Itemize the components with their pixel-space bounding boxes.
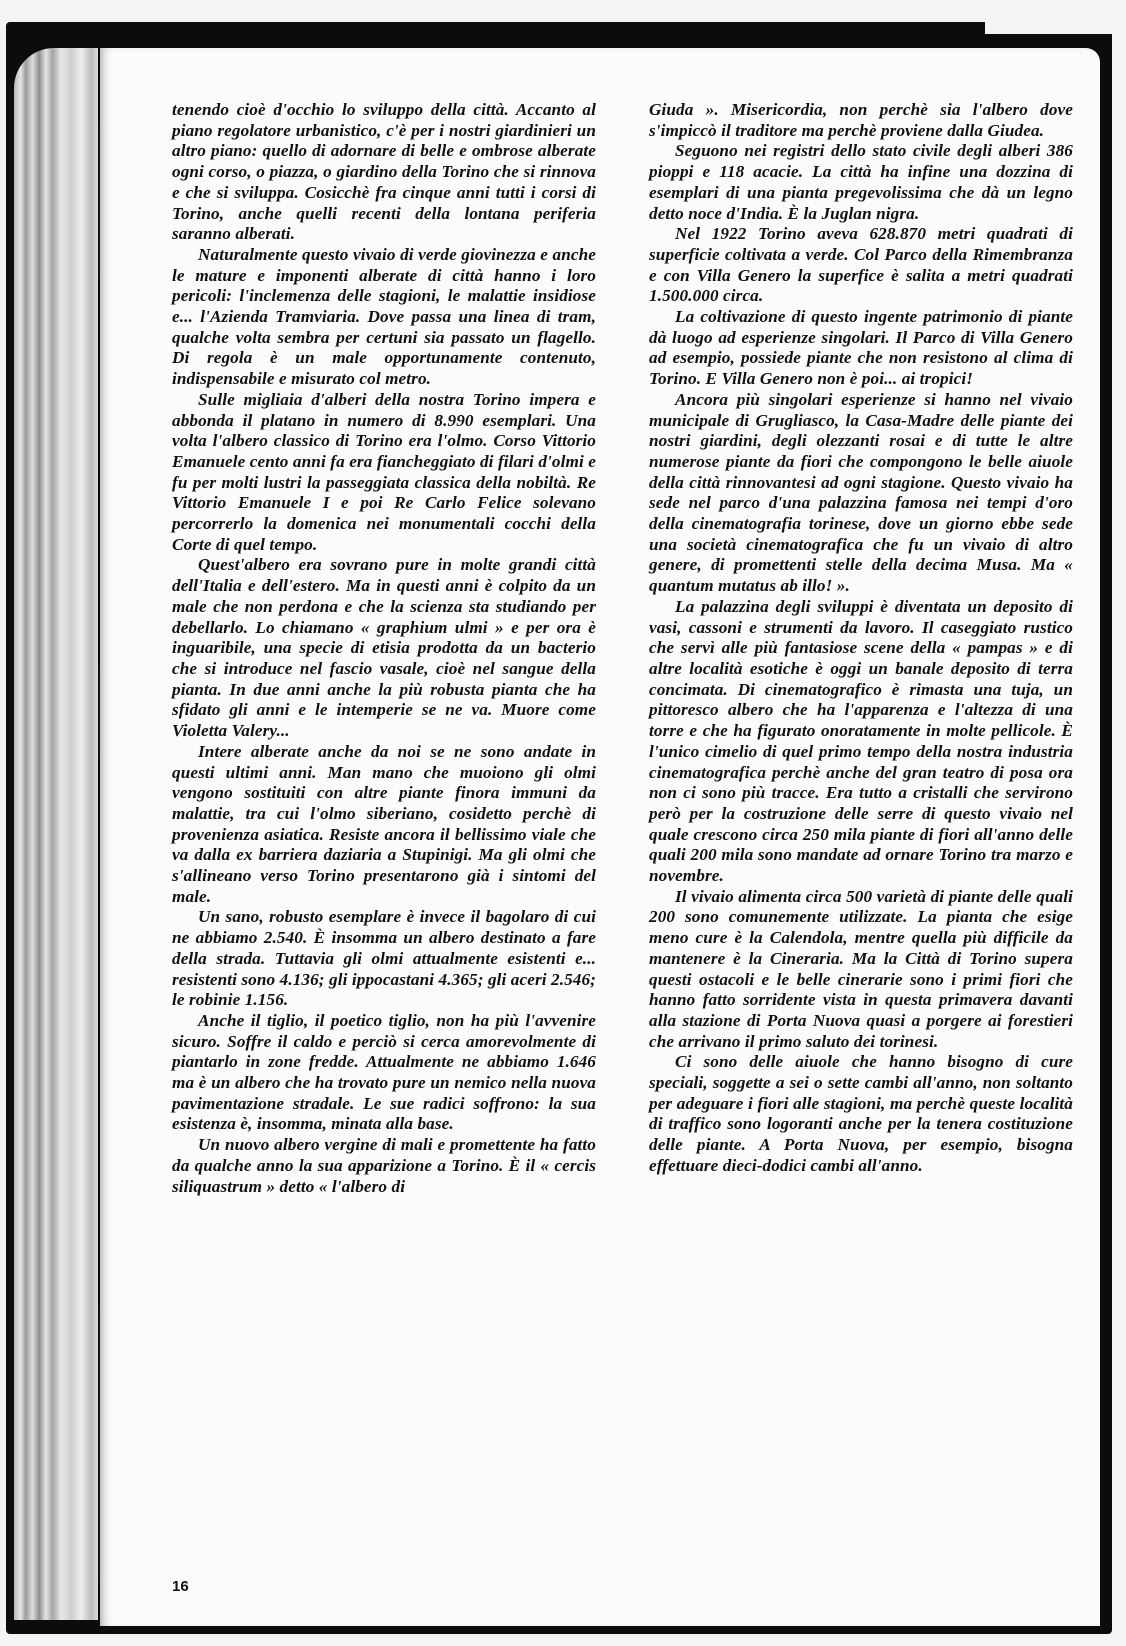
paragraph: Nel 1922 Torino aveva 628.870 metri quad…	[649, 224, 1073, 307]
paragraph: Sulle migliaia d'alberi della nostra Tor…	[172, 390, 596, 556]
right-text-column: Giuda ». Misericordia, non perchè sia l'…	[649, 100, 1073, 1177]
left-text-column: tenendo cioè d'occhio lo sviluppo della …	[172, 100, 596, 1197]
paragraph: Il vivaio alimenta circa 500 varietà di …	[649, 887, 1073, 1053]
page-stack-edge	[14, 48, 98, 1620]
paragraph: La palazzina degli sviluppi è diventata …	[649, 597, 1073, 887]
paragraph: Anche il tiglio, il poetico tiglio, non …	[172, 1011, 596, 1135]
paragraph: Ancora più singolari esperienze si hanno…	[649, 390, 1073, 597]
paragraph: Un sano, robusto esemplare è invece il b…	[172, 907, 596, 1011]
paragraph: Intere alberate anche da noi se ne sono …	[172, 742, 596, 908]
paragraph: tenendo cioè d'occhio lo sviluppo della …	[172, 100, 596, 245]
paragraph: Un nuovo albero vergine di mali e promet…	[172, 1135, 596, 1197]
frame-edge-gap	[985, 0, 1126, 34]
paragraph: Quest'albero era sovrano pure in molte g…	[172, 555, 596, 741]
paragraph: Ci sono delle aiuole che hanno bisogno d…	[649, 1052, 1073, 1176]
paragraph: La coltivazione di questo ingente patrim…	[649, 307, 1073, 390]
paragraph: Giuda ». Misericordia, non perchè sia l'…	[649, 100, 1073, 141]
page-number: 16	[172, 1578, 189, 1595]
paragraph: Seguono nei registri dello stato civile …	[649, 141, 1073, 224]
paragraph: Naturalmente questo vivaio di verde giov…	[172, 245, 596, 390]
